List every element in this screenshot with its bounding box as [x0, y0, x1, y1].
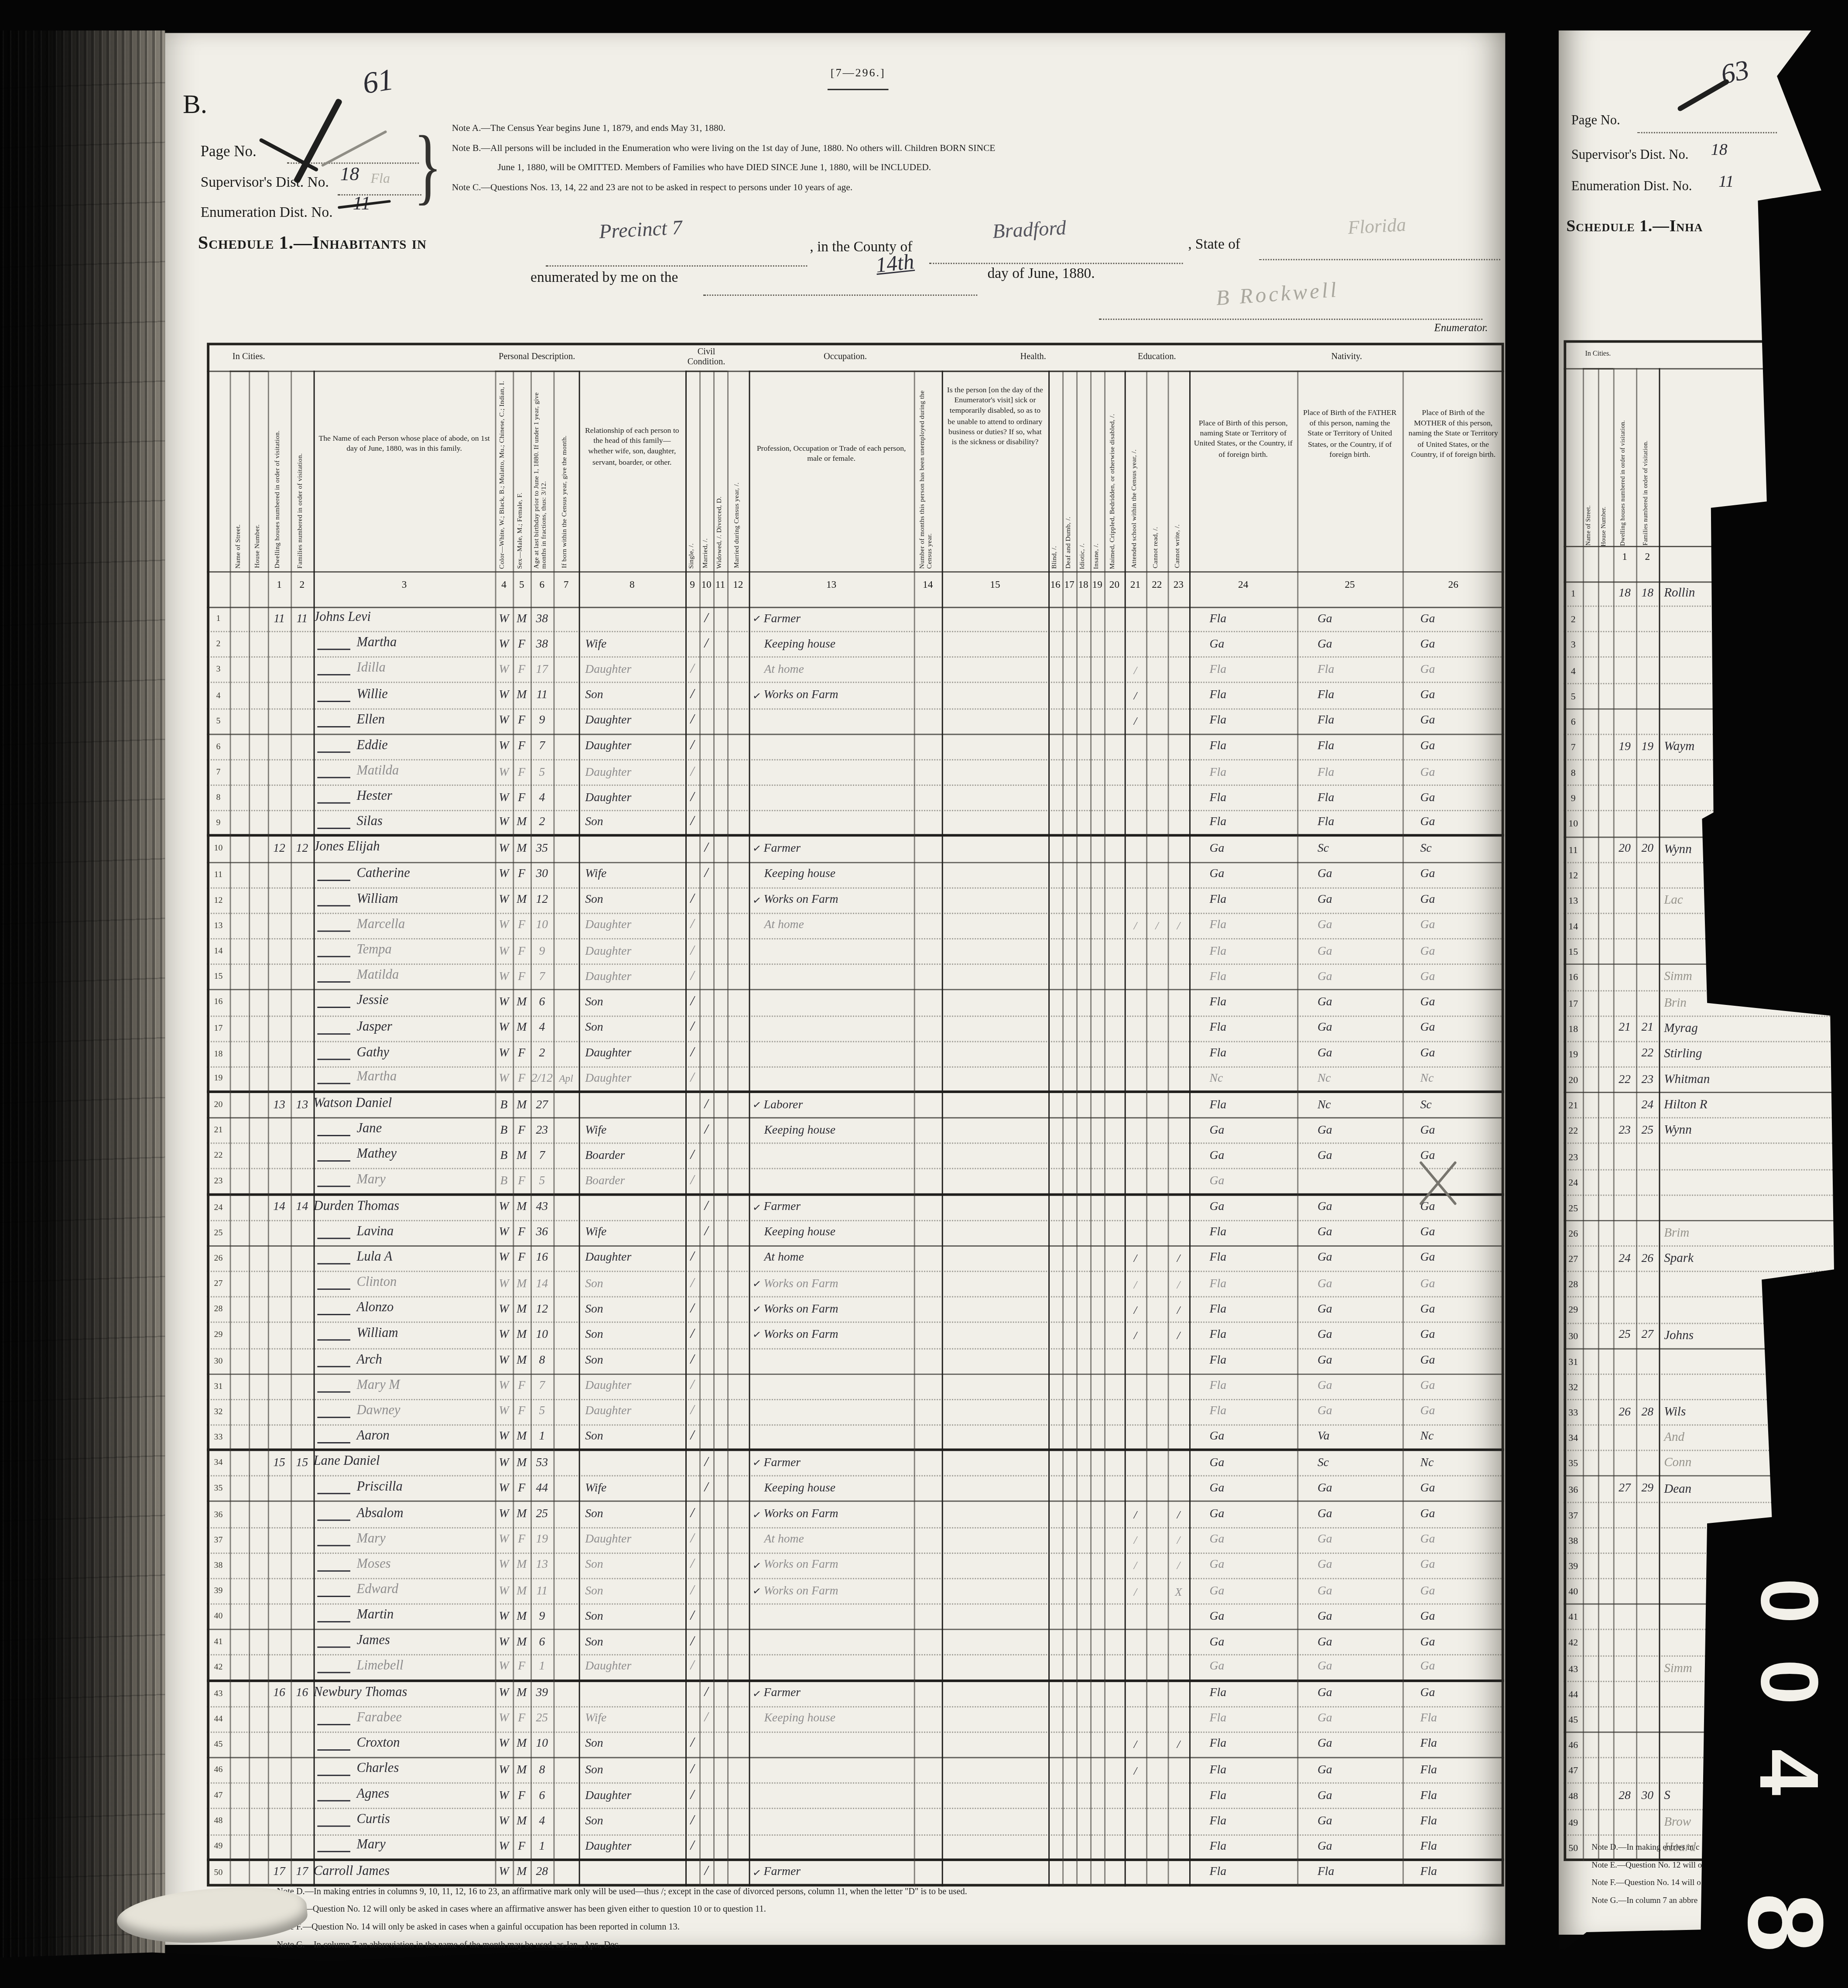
cell-street — [230, 735, 249, 759]
cell-e22 — [1146, 1195, 1167, 1220]
cell-c18 — [1076, 888, 1090, 913]
cell-text-fbp: Ga — [1318, 1687, 1332, 1700]
rp-cell-ln: 26 — [1564, 1221, 1583, 1246]
cell-m10 — [699, 1605, 713, 1629]
cell-e23 — [1168, 658, 1189, 682]
cell-occ — [749, 1605, 914, 1629]
cell-text-name: William — [357, 1327, 398, 1341]
cell-e21 — [1125, 1656, 1146, 1679]
cell-text-a: 30 — [536, 868, 548, 881]
cell-text-s: M — [517, 1278, 527, 1291]
cell-s: F — [513, 1247, 530, 1271]
cell-c14 — [914, 735, 942, 759]
cell-text-m9: / — [691, 1608, 695, 1623]
cell-m12 — [727, 735, 749, 759]
cell-a: 2 — [530, 812, 553, 835]
cell-text-a: 9 — [539, 715, 545, 728]
cell-sick — [942, 1195, 1048, 1220]
cell-c14 — [914, 1118, 942, 1143]
cell-text-rel: Wife — [585, 868, 606, 881]
cell-occ — [749, 1016, 914, 1041]
cell-e21 — [1125, 1042, 1146, 1066]
cell-fbp: Ga — [1297, 1682, 1402, 1706]
cell-bp: Ga — [1189, 1144, 1297, 1169]
cell-c14 — [914, 1630, 942, 1655]
column-label-text: Color—White, W.; Black, B.; Mulatto, Mu.… — [500, 380, 507, 569]
rp-cell-ln: 20 — [1564, 1068, 1583, 1092]
cell-e23 — [1168, 1656, 1189, 1679]
rp-cell-text-name: Wynn — [1664, 843, 1692, 857]
cell-dw — [268, 1553, 291, 1578]
cell-text-c: W — [499, 1508, 509, 1521]
rp-cell-house — [1598, 658, 1613, 682]
cell-text-m9: / — [691, 1634, 695, 1649]
cell-c14 — [914, 1016, 942, 1041]
cell-m11 — [713, 1758, 727, 1783]
cell-text-e23: / — [1177, 920, 1180, 932]
cell-s: F — [513, 1656, 530, 1679]
rp-cell-fam — [1636, 1656, 1659, 1680]
cell-mbp: Ga — [1403, 709, 1504, 734]
cell-text-bp: Ga — [1210, 1508, 1225, 1521]
cell-c17 — [1062, 658, 1076, 682]
cell-m12 — [727, 709, 749, 734]
cell-e21 — [1125, 761, 1146, 785]
cell-text-name: Matilda — [357, 764, 399, 778]
cell-text-bp: Fla — [1210, 1227, 1226, 1239]
cell-text-a: 11 — [536, 1585, 548, 1597]
cell-c16 — [1048, 1093, 1062, 1117]
cell-dw — [268, 939, 291, 964]
cell-occ: At home — [749, 914, 914, 938]
column-label-text: Insane, /. — [1093, 543, 1101, 569]
cell-text-name: Durden Thomas — [314, 1199, 400, 1213]
cell-text-c: W — [499, 1687, 509, 1700]
rp-cell-dw — [1613, 991, 1636, 1015]
rp-cell-street — [1583, 1426, 1598, 1450]
rp-cell-house — [1598, 863, 1613, 888]
cell-c19 — [1090, 1553, 1104, 1578]
cell-fam — [291, 1298, 313, 1322]
cell-c19 — [1090, 1272, 1104, 1296]
cell-text-bp: Fla — [1210, 715, 1226, 728]
cell-mo — [553, 607, 578, 631]
cell-mo — [553, 786, 578, 810]
cell-text-s: M — [517, 613, 527, 625]
ditto-mark — [317, 1570, 350, 1571]
cell-m12 — [727, 1374, 749, 1399]
cell-fam — [291, 888, 313, 913]
cell-text-s: M — [517, 817, 527, 829]
cell-s: F — [513, 632, 530, 657]
cell-dw — [268, 812, 291, 835]
cell-text-ln: 4 — [207, 691, 229, 700]
cell-text-m9: / — [691, 1045, 695, 1060]
cell-mo — [553, 1861, 578, 1885]
table-row: 28AlonzoWM12Son/✓Works on Farm//FlaGaGa — [207, 1298, 1504, 1323]
cell-c: W — [495, 1861, 513, 1885]
cell-text-mbp: Ga — [1420, 945, 1435, 958]
cell-house — [249, 1247, 268, 1271]
cell-m9: / — [685, 1502, 699, 1527]
cell-text-bp: Fla — [1210, 817, 1226, 829]
cell-street — [230, 1298, 249, 1322]
cell-fbp: Sc — [1297, 1451, 1402, 1476]
cell-name: Mathey — [314, 1144, 495, 1169]
cell-occ: ✓Works on Farm — [749, 1298, 914, 1322]
cell-text-a: 10 — [536, 920, 548, 932]
rp-cell-fam — [1636, 607, 1659, 631]
rp-cell-ln: 35 — [1564, 1451, 1583, 1476]
cell-text-c: W — [499, 1815, 509, 1828]
cell-street — [230, 1733, 249, 1757]
rp-cell-text-fam: 25 — [1642, 1124, 1654, 1137]
rp-cell-text-dw: 28 — [1619, 1790, 1631, 1803]
rp-cell-house — [1598, 1810, 1613, 1834]
rp-line-number: 28 — [1564, 1279, 1583, 1290]
cell-e22 — [1146, 1733, 1167, 1757]
rp-cell-dw — [1613, 1707, 1636, 1732]
rp-cell-dw — [1613, 1579, 1636, 1604]
cell-rel — [579, 837, 685, 861]
cell-text-mbp: Ga — [1420, 1303, 1435, 1316]
rp-cell-fam — [1636, 991, 1659, 1015]
cell-m11 — [713, 1528, 727, 1553]
rp-cell-house — [1598, 1656, 1613, 1680]
cell-text-dw: 15 — [273, 1457, 285, 1470]
cell-e21 — [1125, 1170, 1146, 1193]
cell-c20 — [1104, 965, 1125, 990]
cell-c19 — [1090, 1605, 1104, 1629]
cell-c14 — [914, 1349, 942, 1373]
cell-fbp: Ga — [1297, 1016, 1402, 1041]
cell-m9: / — [685, 888, 699, 913]
cell-text-name: Clinton — [357, 1276, 397, 1290]
cell-rel: Son — [579, 1733, 685, 1757]
rp-line-number: 33 — [1564, 1407, 1583, 1418]
cell-text-c: W — [499, 868, 509, 881]
cell-text-c: W — [499, 945, 509, 958]
cell-c14 — [914, 1835, 942, 1858]
cell-c19 — [1090, 1221, 1104, 1245]
enumerated-prefix: enumerated by me on the — [530, 271, 678, 286]
rp-note-d: Note D.—In making entries in c — [1591, 1843, 1699, 1852]
cell-c: W — [495, 632, 513, 657]
cell-text-occ: At home — [764, 1252, 804, 1265]
cell-bp: Ga — [1189, 863, 1297, 887]
cell-c16 — [1048, 914, 1062, 938]
cell-ln: 31 — [207, 1374, 229, 1399]
cell-c18 — [1076, 709, 1090, 734]
cell-bp: Fla — [1189, 1247, 1297, 1271]
rp-cell-fam: 26 — [1636, 1247, 1659, 1271]
rp-cell-house — [1598, 1426, 1613, 1450]
rp-cell-dw — [1613, 1042, 1636, 1066]
cell-mbp: Ga — [1403, 1682, 1504, 1706]
cell-e22 — [1146, 1221, 1167, 1245]
cell-c17 — [1062, 1784, 1076, 1808]
cell-text-rel: Son — [585, 1815, 603, 1828]
cell-text-mbp: Nc — [1420, 1457, 1434, 1470]
column-label-text: Families numbered in order of visitation… — [298, 453, 306, 569]
enumerator-check-mark: ✓ — [752, 689, 762, 702]
cell-m11 — [713, 735, 727, 759]
cell-text-s: F — [518, 1406, 525, 1419]
cell-text-fbp: Fla — [1318, 817, 1334, 829]
cell-text-ln: 48 — [207, 1817, 229, 1826]
rp-line-number: 46 — [1564, 1739, 1583, 1751]
cell-text-a: 9 — [539, 1611, 545, 1623]
cell-text-fbp: Ga — [1318, 1303, 1332, 1316]
cell-text-rel: Boarder — [585, 1175, 625, 1188]
cell-text-fbp: Ga — [1318, 1585, 1332, 1597]
cell-bp: Fla — [1189, 1298, 1297, 1322]
rp-cell-ln: 11 — [1564, 837, 1583, 862]
cell-name: Tempa — [314, 939, 495, 964]
cell-m10: / — [699, 863, 713, 887]
rp-cell-fam — [1636, 1145, 1659, 1169]
note-c: Note C.—Questions Nos. 13, 14, 22 and 23… — [452, 182, 852, 193]
rp-cell-fam — [1636, 1196, 1659, 1220]
cell-a: 12 — [530, 888, 553, 913]
cell-text-rel: Boarder — [585, 1150, 625, 1162]
rp-cell-dw — [1613, 1093, 1636, 1117]
cell-c14 — [914, 1298, 942, 1322]
supervisor-line — [338, 193, 421, 195]
rp-line-number: 6 — [1564, 716, 1583, 727]
cell-text-bp: Fla — [1210, 664, 1226, 676]
rp-cell-dw — [1613, 1298, 1636, 1322]
cell-c20 — [1104, 1349, 1125, 1373]
rp-cell-street — [1583, 888, 1598, 913]
cell-bp: Ga — [1189, 1630, 1297, 1655]
column-label-m12: Married during Census year, /. — [727, 376, 749, 569]
cell-text-a: 1 — [539, 1431, 545, 1443]
cell-s: F — [513, 709, 530, 734]
cell-c20 — [1104, 1579, 1125, 1604]
cell-c14 — [914, 1067, 942, 1090]
ditto-mark — [317, 802, 350, 804]
cell-sick — [942, 1477, 1048, 1501]
cell-m9 — [685, 1451, 699, 1476]
cell-bp: Fla — [1189, 684, 1297, 708]
cell-occ: ✓Works on Farm — [749, 1272, 914, 1296]
cell-text-bp: Fla — [1210, 920, 1226, 932]
cell-text-ln: 27 — [207, 1280, 229, 1289]
column-label-text: Married during Census year, /. — [734, 483, 742, 569]
cell-fbp: Ga — [1297, 1195, 1402, 1220]
cell-sick — [942, 1374, 1048, 1399]
cell-fam — [291, 1042, 313, 1066]
cell-e21 — [1125, 1861, 1146, 1885]
cell-c18 — [1076, 684, 1090, 708]
cell-street — [230, 1400, 249, 1425]
cell-c14 — [914, 607, 942, 631]
rp-cell-text-name: Whitman — [1664, 1073, 1710, 1087]
form-code: [7—296.] — [800, 66, 917, 79]
cell-dw — [268, 1170, 291, 1193]
cell-sick — [942, 1118, 1048, 1143]
state-label: , State of — [1188, 237, 1240, 253]
cell-rel: Son — [579, 1502, 685, 1527]
rp-cell-ln: 22 — [1564, 1119, 1583, 1143]
cell-c20 — [1104, 991, 1125, 1015]
cell-m10 — [699, 1502, 713, 1527]
cell-mo — [553, 1195, 578, 1220]
cell-text-mbp: Sc — [1420, 843, 1432, 856]
cell-c20 — [1104, 1707, 1125, 1731]
cell-c20 — [1104, 1400, 1125, 1425]
rp-cell-house — [1598, 1374, 1613, 1399]
cell-mo — [553, 1042, 578, 1066]
table-row: 49MaryWF1Daughter/FlaGaFla — [207, 1835, 1504, 1861]
cell-mbp: Nc — [1403, 1451, 1504, 1476]
cell-street — [230, 709, 249, 734]
cell-text-m9: / — [691, 1531, 695, 1546]
cell-house — [249, 632, 268, 657]
cell-mo — [553, 1579, 578, 1604]
rp-column-label-text: House Number. — [1602, 506, 1609, 546]
cell-fam — [291, 965, 313, 990]
cell-c17 — [1062, 1861, 1076, 1885]
cell-c17 — [1062, 1528, 1076, 1553]
cell-text-c: W — [499, 1431, 509, 1443]
cell-c16 — [1048, 863, 1062, 887]
cell-s: M — [513, 607, 530, 631]
cell-text-c: W — [499, 1048, 509, 1060]
rp-cell-fam: 19 — [1636, 735, 1659, 759]
cell-text-name: Tempa — [357, 943, 392, 957]
cell-text-mbp: Ga — [1420, 1534, 1435, 1546]
cell-c17 — [1062, 1733, 1076, 1757]
cell-mo — [553, 1707, 578, 1731]
cell-text-m9: / — [691, 738, 695, 753]
rp-line-number: 48 — [1564, 1790, 1583, 1802]
cell-m11 — [713, 863, 727, 887]
column-label-text: Maimed, Crippled, Bedridden, or otherwis… — [1111, 413, 1118, 569]
rp-cell-dw: 22 — [1613, 1068, 1636, 1092]
cell-bp: Fla — [1189, 1784, 1297, 1808]
rp-cell-fam: 24 — [1636, 1093, 1659, 1117]
cell-c16 — [1048, 1733, 1062, 1757]
cell-text-ln: 19 — [207, 1074, 229, 1083]
cell-c20 — [1104, 1221, 1125, 1245]
cell-house — [249, 1298, 268, 1322]
cell-e22 — [1146, 1042, 1167, 1066]
rp-line-number: 45 — [1564, 1714, 1583, 1725]
cell-house — [249, 939, 268, 964]
rp-cell-dw: 18 — [1613, 581, 1636, 606]
rp-cell-fam — [1636, 1272, 1659, 1297]
cell-m12 — [727, 1118, 749, 1143]
cell-a: 9 — [530, 1605, 553, 1629]
cell-c19 — [1090, 1247, 1104, 1271]
table-row: 26Lula AWF16Daughter/At home//FlaGaGa — [207, 1247, 1504, 1272]
cell-fam — [291, 812, 313, 835]
cell-text-occ: Laborer — [764, 1099, 803, 1111]
cell-text-fbp: Ga — [1318, 1560, 1332, 1572]
cell-c20 — [1104, 1195, 1125, 1220]
cell-e21 — [1125, 1605, 1146, 1629]
rp-note-g: Note G.—In column 7 an abbre — [1591, 1897, 1697, 1906]
cell-sick — [942, 965, 1048, 990]
cell-text-dw: 14 — [273, 1201, 285, 1214]
cell-text-a: 5 — [539, 1175, 545, 1188]
cell-m11 — [713, 1170, 727, 1193]
cell-c16 — [1048, 1835, 1062, 1858]
enumerator-check-mark: ✓ — [752, 1585, 762, 1598]
cell-text-c: W — [499, 1789, 509, 1802]
cell-m12 — [727, 1272, 749, 1296]
cell-c: W — [495, 888, 513, 913]
column-label-text: Name of Street. — [236, 524, 243, 569]
cell-c18 — [1076, 1042, 1090, 1066]
cell-c20 — [1104, 1042, 1125, 1066]
cell-text-s: F — [518, 1073, 525, 1085]
cell-ln: 35 — [207, 1477, 229, 1501]
cell-m9: / — [685, 1323, 699, 1348]
cell-fam — [291, 1502, 313, 1527]
cell-m10 — [699, 1400, 713, 1425]
cell-ln: 16 — [207, 991, 229, 1015]
cell-c18 — [1076, 1502, 1090, 1527]
cell-text-s: M — [517, 1815, 527, 1828]
page-no-label: Page No. — [201, 142, 257, 161]
cell-text-rel: Son — [585, 1431, 603, 1443]
cell-mbp: Ga — [1403, 1272, 1504, 1296]
cell-text-occ: Keeping house — [764, 638, 835, 651]
rp-cell-text-name: Brim — [1664, 1226, 1689, 1240]
cell-ln: 48 — [207, 1810, 229, 1834]
cell-m10 — [699, 1247, 713, 1271]
cell-m10: / — [699, 632, 713, 657]
rp-cell-ln: 3 — [1564, 633, 1583, 657]
cell-house — [249, 1272, 268, 1296]
cell-street — [230, 1323, 249, 1348]
cell-c: W — [495, 1656, 513, 1679]
scan-top-margin — [0, 0, 1848, 31]
cell-text-m9: / — [691, 661, 695, 676]
cell-mbp: Fla — [1403, 1835, 1504, 1858]
cell-text-bp: Ga — [1210, 1585, 1225, 1597]
rp-cell-street — [1583, 607, 1598, 631]
cell-text-s: M — [517, 1431, 527, 1443]
cell-mo — [553, 812, 578, 835]
rp-cell-house — [1598, 1016, 1613, 1041]
cell-text-m9: / — [691, 1659, 695, 1674]
rp-table-row: 23 — [1564, 1145, 1848, 1170]
cell-ln: 43 — [207, 1682, 229, 1706]
cell-c14 — [914, 837, 942, 861]
cell-fbp: Ga — [1297, 1374, 1402, 1399]
cell-bp: Ga — [1189, 1118, 1297, 1143]
cell-text-m9: / — [691, 1070, 695, 1085]
cell-c20 — [1104, 1144, 1125, 1169]
rp-line-number: 13 — [1564, 895, 1583, 906]
cell-a: 25 — [530, 1707, 553, 1731]
cell-m9: / — [685, 1374, 699, 1399]
cell-ln: 10 — [207, 837, 229, 861]
cell-c: W — [495, 991, 513, 1015]
cell-text-mbp: Ga — [1420, 1355, 1435, 1368]
cell-mo — [553, 1016, 578, 1041]
cell-a: 1 — [530, 1426, 553, 1449]
cell-e23 — [1168, 991, 1189, 1015]
rp-cell-text-name: Stirling — [1664, 1047, 1702, 1061]
rp-cell-street — [1583, 1196, 1598, 1220]
cell-c20 — [1104, 761, 1125, 785]
cell-e23: / — [1168, 1502, 1189, 1527]
